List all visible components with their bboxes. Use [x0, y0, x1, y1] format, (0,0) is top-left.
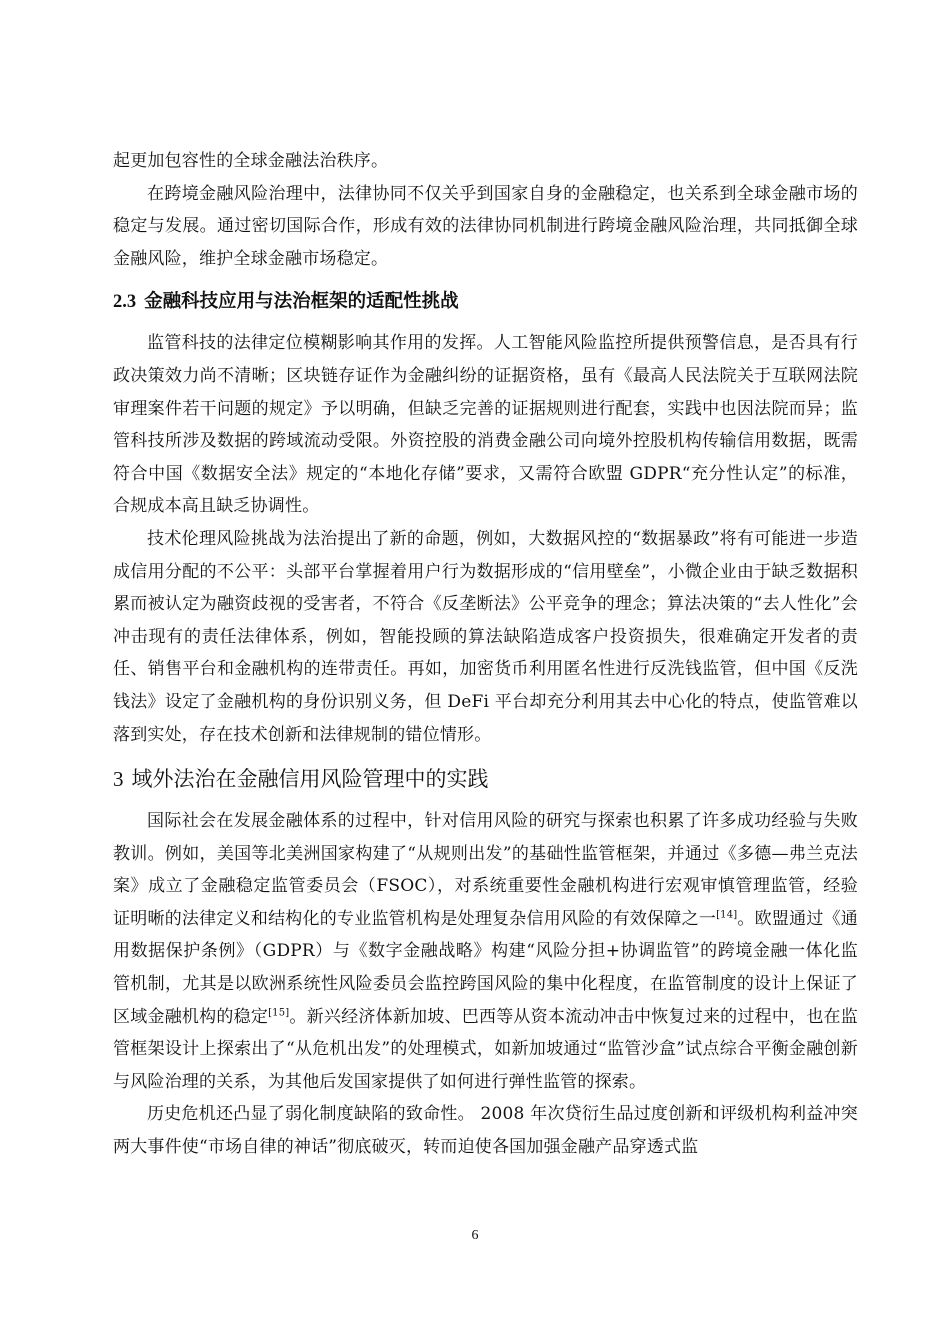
citation-14: [14]: [716, 909, 737, 920]
section-heading-2-3: 2.3金融科技应用与法治框架的适配性挑战: [113, 287, 858, 317]
paragraph-continuation: 起更加包容性的全球金融法治秩序。: [113, 145, 858, 178]
section-title: 域外法治在金融信用风险管理中的实践: [132, 767, 489, 791]
section-title: 金融科技应用与法治框架的适配性挑战: [144, 291, 459, 312]
paragraph-regtech-legal-position: 监管科技的法律定位模糊影响其作用的发挥。人工智能风险监控所提供预警信息，是否具有…: [113, 327, 858, 523]
section-heading-3: 3域外法治在金融信用风险管理中的实践: [113, 763, 858, 795]
citation-15: [15]: [268, 1007, 289, 1018]
paragraph-international-practice: 国际社会在发展金融体系的过程中，针对信用风险的研究与探索也积累了许多成功经验与失…: [113, 805, 858, 1098]
paragraph-tech-ethics-risk: 技术伦理风险挑战为法治提出了新的命题，例如，大数据风控的“数据暴政”将有可能进一…: [113, 523, 858, 751]
section-number: 2.3: [113, 292, 136, 312]
page-number: 6: [0, 1228, 950, 1244]
section-number: 3: [113, 767, 124, 791]
paragraph-historical-crisis: 历史危机还凸显了弱化制度缺陷的致命性。 2008 年次贷衍生品过度创新和评级机构…: [113, 1098, 858, 1163]
paragraph-cross-border-governance: 在跨境金融风险治理中，法律协同不仅关乎到国家自身的金融稳定，也关系到全球金融市场…: [113, 178, 858, 276]
page-body: 起更加包容性的全球金融法治秩序。 在跨境金融风险治理中，法律协同不仅关乎到国家自…: [113, 145, 858, 1164]
